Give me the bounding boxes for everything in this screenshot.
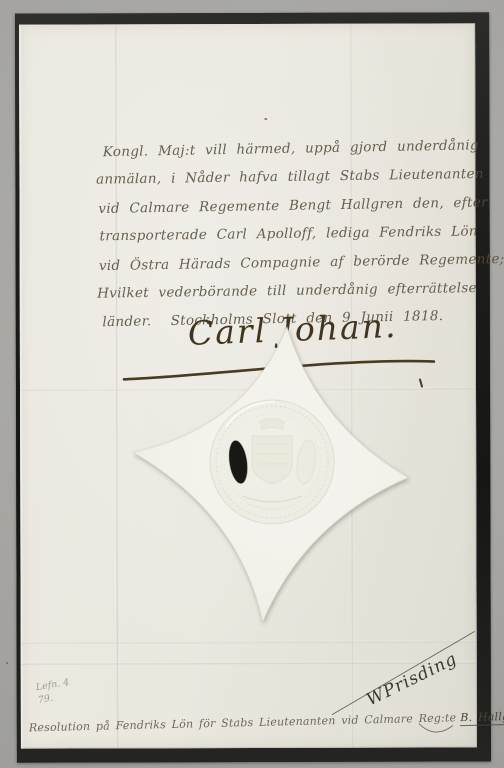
document-paper: Kongl. Maj:t vill härmed, uppå gjord und…	[19, 23, 477, 748]
embossed-seal	[210, 400, 334, 524]
mounted-document: Kongl. Maj:t vill härmed, uppå gjord und…	[0, 0, 504, 768]
docket-recipient-name: B. Hallgren.	[460, 709, 504, 726]
seal-star-paper	[19, 23, 477, 748]
registry-note: Lefn. 4 79.	[35, 676, 72, 707]
auction-photo: { "photo": { "background_color": "#a8a7a…	[0, 0, 504, 768]
